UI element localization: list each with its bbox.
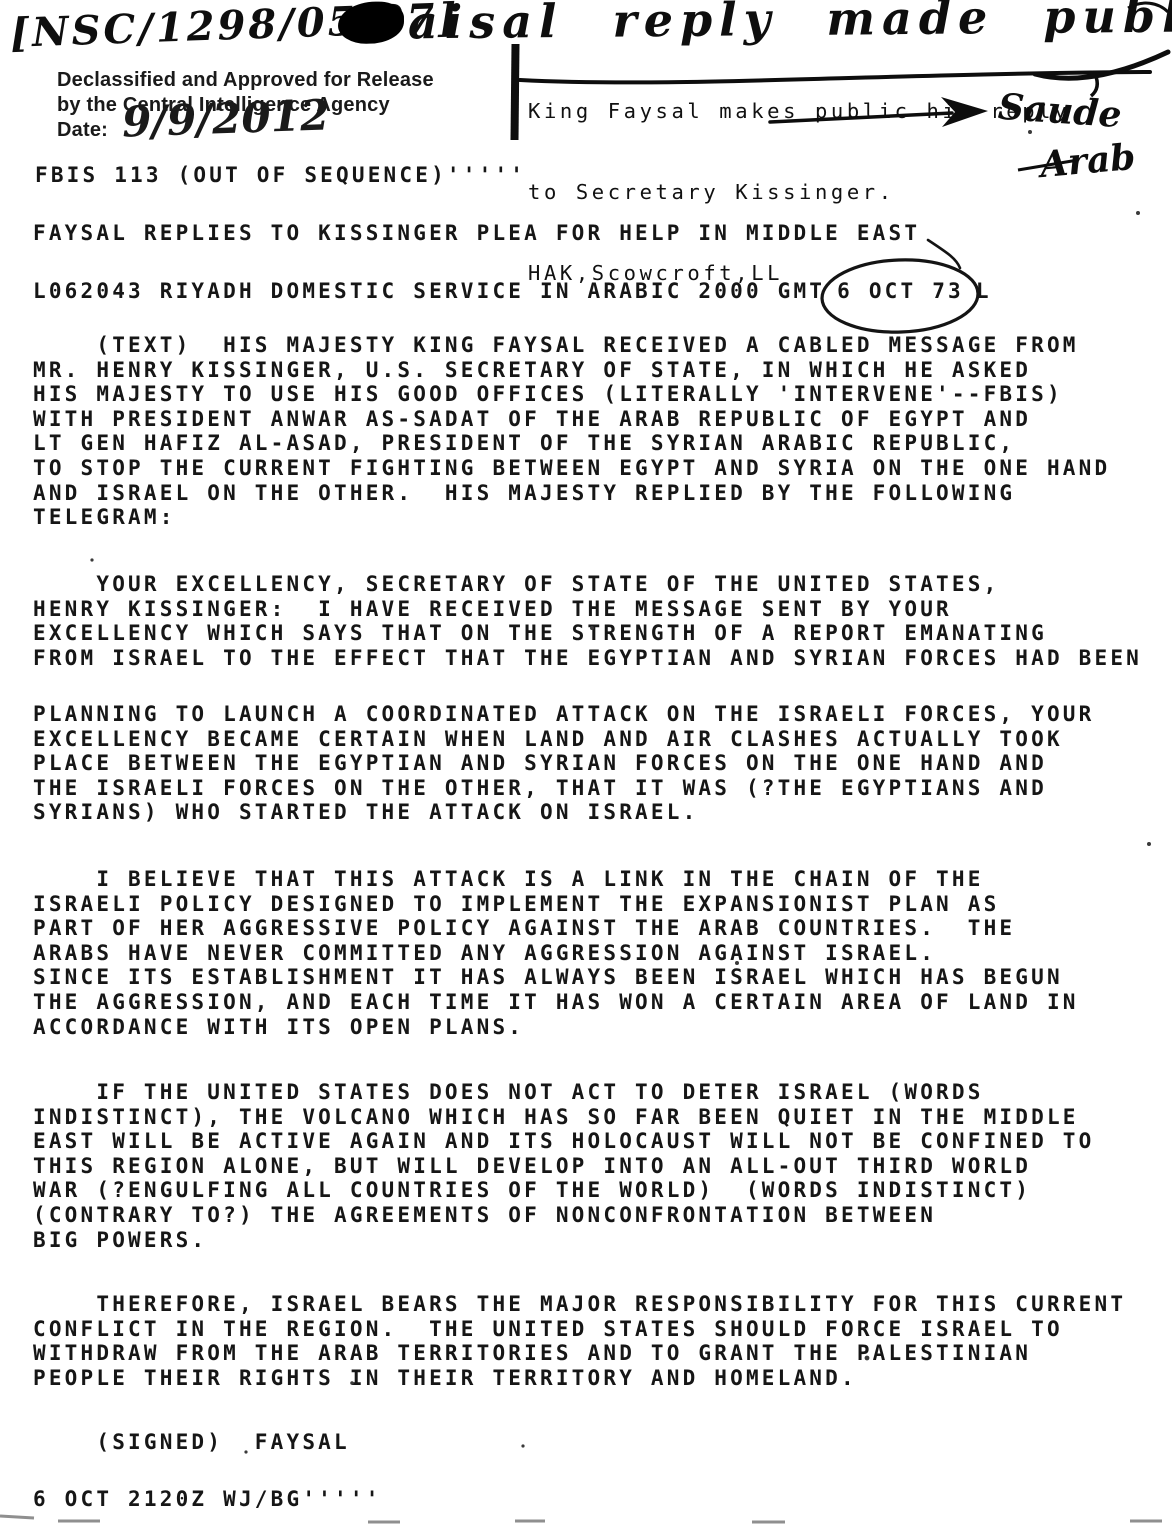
body-paragraph-1: (TEXT) HIS MAJESTY KING FAYSAL RECEIVED … [33, 333, 1110, 530]
body-paragraph-2: YOUR EXCELLENCY, SECRETARY OF STATE OF T… [33, 572, 1142, 670]
handwritten-saudi-note-line-2: Arab [1038, 136, 1137, 186]
ink-blob [338, 1, 404, 44]
dateline-suffix: L [976, 279, 992, 303]
fbis-sequence-line: FBIS 113 (OUT OF SEQUENCE)''''' [35, 163, 526, 188]
cia-declassification-stamp: Declassified and Approved for Release by… [57, 68, 434, 143]
stamp-date-label: Date: [57, 118, 108, 143]
footer-timestamp: 6 OCT 2120Z WJ/BG''''' [33, 1487, 382, 1512]
bottom-scan-marks [0, 1516, 1162, 1522]
body-paragraph-3: PLANNING TO LAUNCH A COORDINATED ATTACK … [33, 702, 1095, 825]
routing-note-line-1: King Faysal makes public his reply [528, 98, 1070, 125]
routing-note-vertical-bar [510, 44, 519, 140]
handwritten-declassification-date: 9/9/2012 [122, 102, 330, 134]
headline: FAYSAL REPLIES TO KISSINGER PLEA FOR HEL… [33, 221, 920, 246]
dateline: L062043 RIYADH DOMESTIC SERVICE IN ARABI… [33, 279, 992, 304]
handwritten-saudi-note-line-1: Saude [997, 86, 1123, 137]
stamp-line-1: Declassified and Approved for Release [57, 68, 434, 93]
body-paragraph-6: THEREFORE, ISRAEL BEARS THE MAJOR RESPON… [33, 1292, 1126, 1390]
body-paragraph-4: I BELIEVE THAT THIS ATTACK IS A LINK IN … [33, 867, 1079, 1039]
declassified-document-page: [NSC/1298/05/07] aisal reply made public… [0, 0, 1172, 1528]
dateline-prefix: L062043 RIYADH DOMESTIC SERVICE IN ARABI… [33, 279, 825, 303]
dateline-circled-date: 6 OCT 73 [837, 279, 964, 303]
signed-line: (SIGNED) FAYSAL [33, 1430, 350, 1455]
handwritten-title-text: aisal reply made public [408, 0, 1172, 49]
routing-note-line-2: to Secretary Kissinger. [528, 179, 1070, 206]
handwritten-title-scrawl: aisal reply made public [338, 0, 1172, 50]
body-paragraph-5: IF THE UNITED STATES DOES NOT ACT TO DET… [33, 1080, 1095, 1252]
